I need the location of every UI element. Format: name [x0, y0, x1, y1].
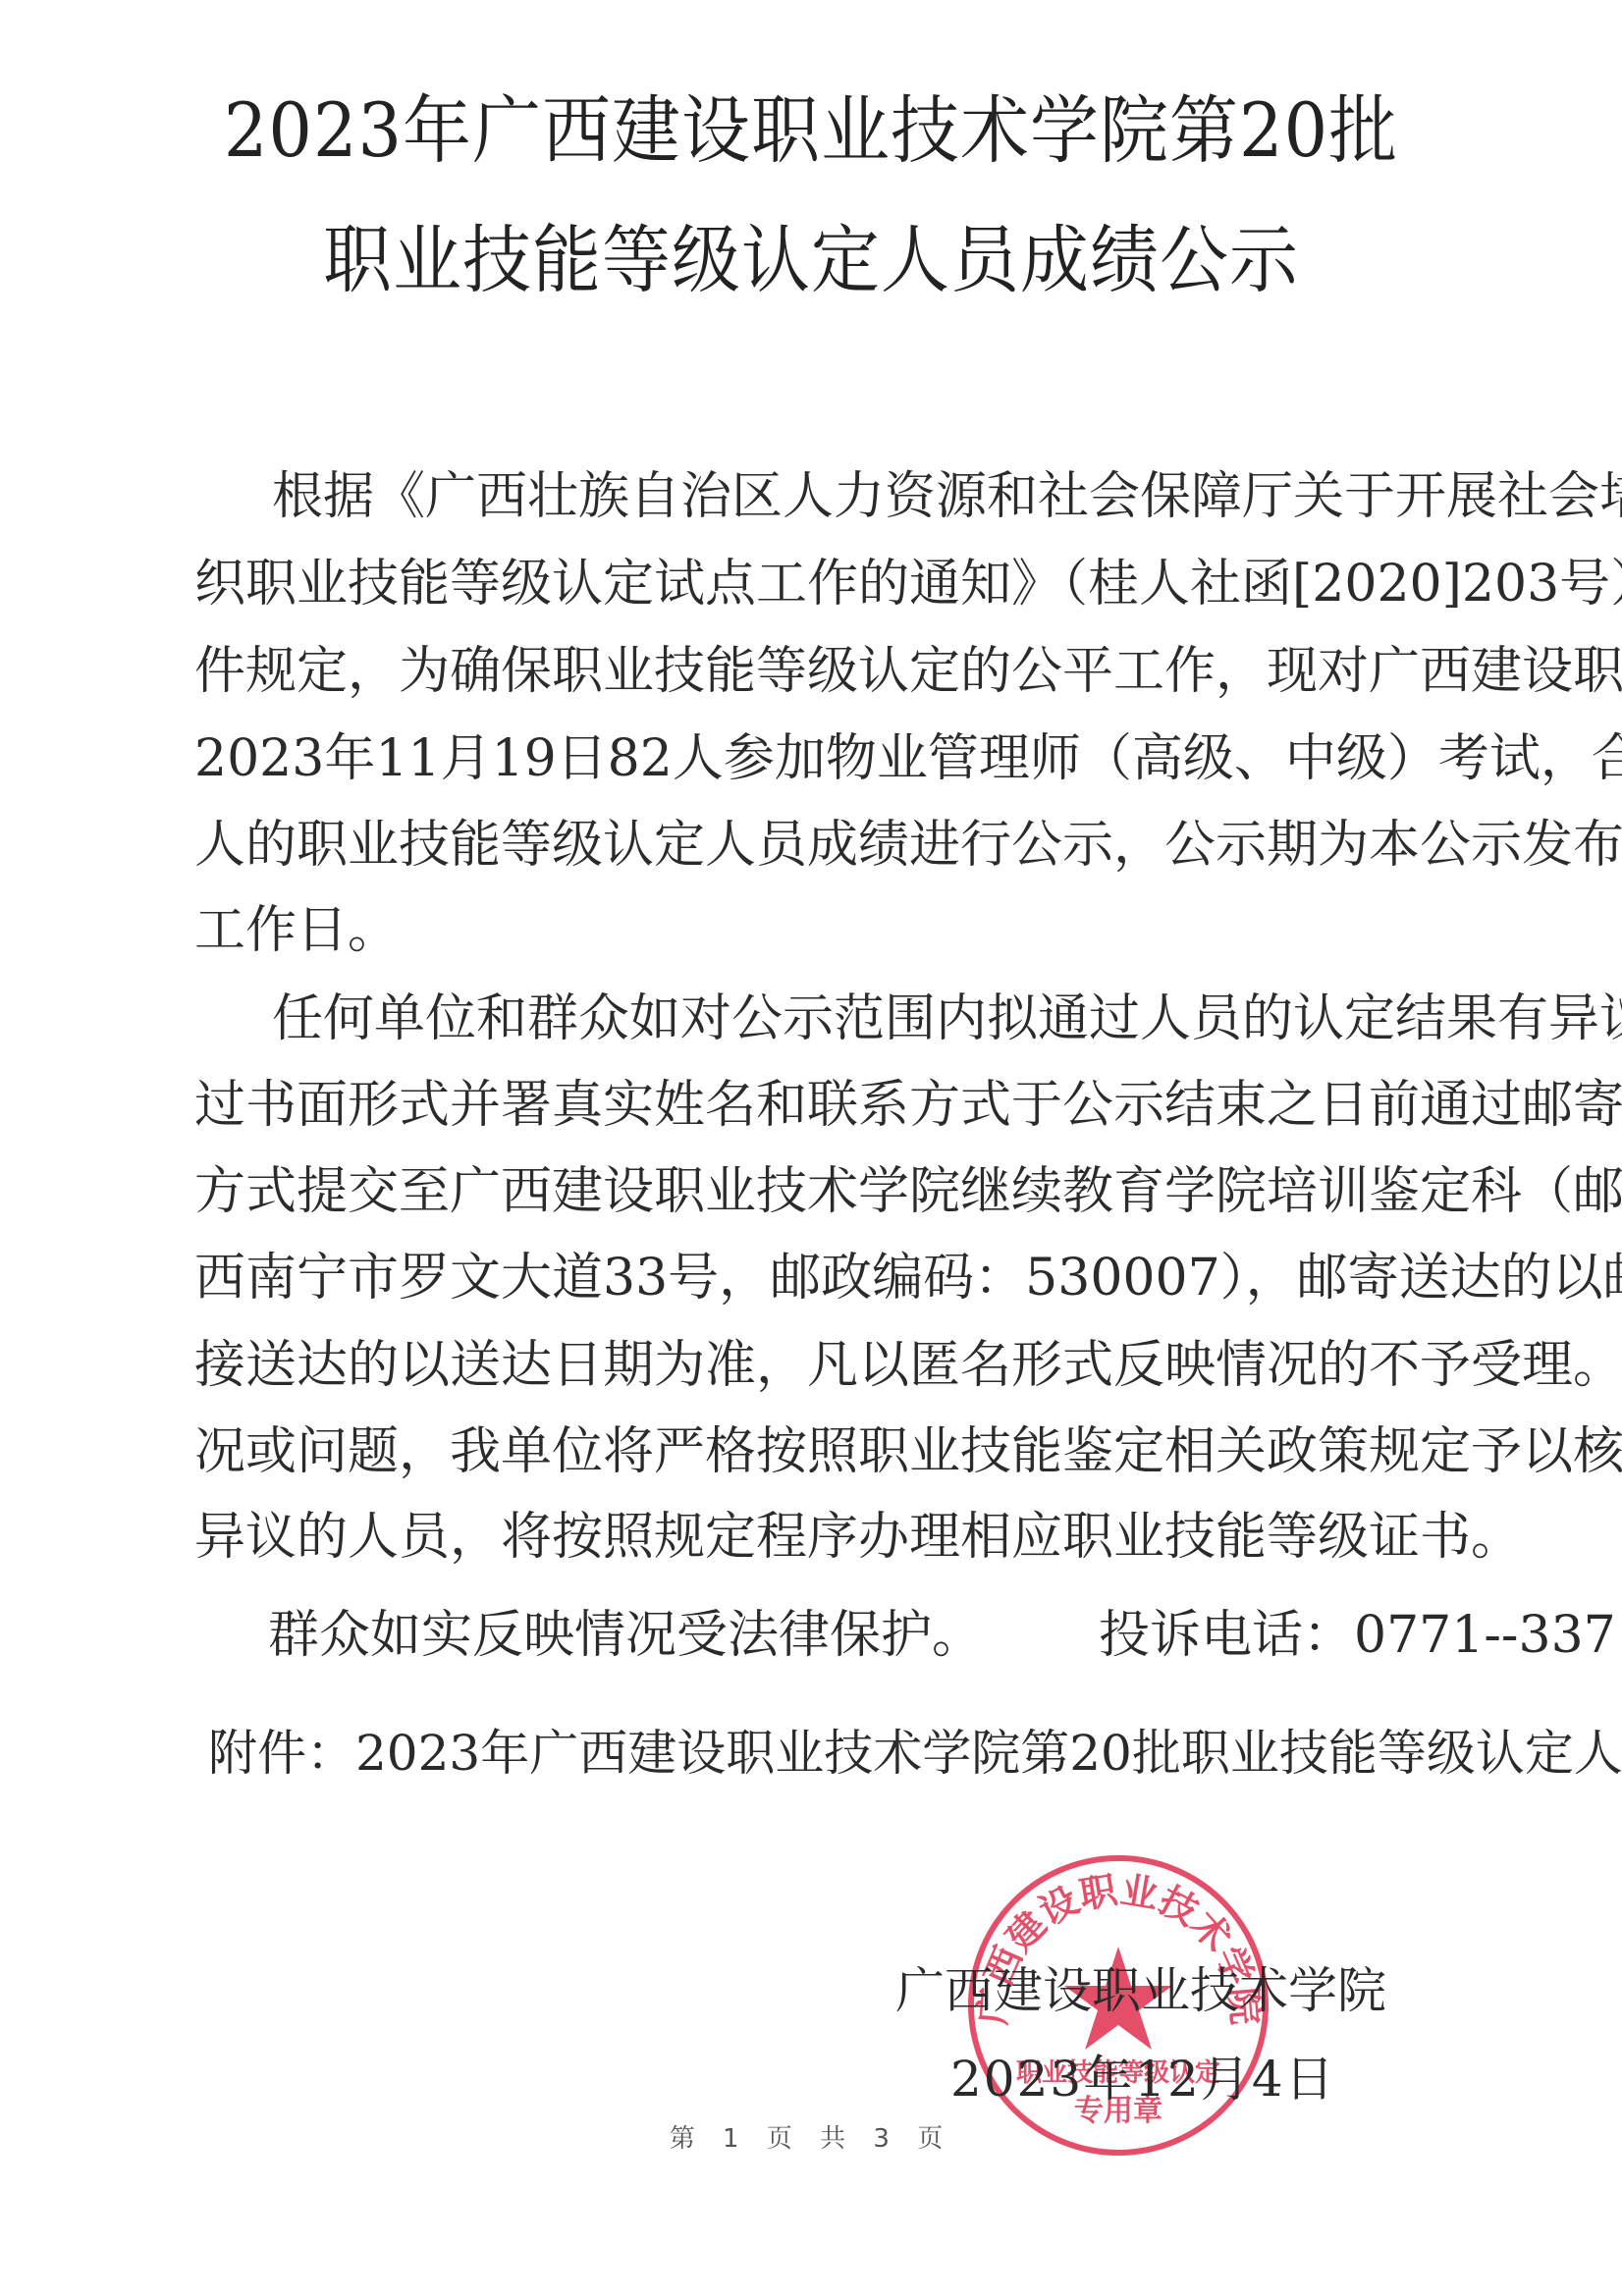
- paragraph-line: 况或问题，我单位将严格按照职业技能鉴定相关政策规定予以核查。公示无: [194, 1422, 1463, 1481]
- attachment-note: 附件：2023年广西建设职业技术学院第20批职业技能等级认定人员名单: [208, 1724, 1426, 1783]
- paragraph-line: 任何单位和群众如对公示范围内拟通过人员的认定结果有异议，可以通: [272, 989, 1463, 1048]
- document-title-line-1: 2023年广西建设职业技术学院第20批: [0, 82, 1622, 178]
- legal-note: 群众如实反映情况受法律保护。: [268, 1606, 983, 1665]
- paragraph-line: 件规定，为确保职业技能等级认定的公平工作，现对广西建设职业技术学院: [194, 642, 1463, 701]
- paragraph-line: 方式提交至广西建设职业技术学院继续教育学院培训鉴定科（邮寄地址：广: [194, 1162, 1463, 1221]
- paragraph-line: 工作日。: [194, 901, 1463, 960]
- complaint-phone: 投诉电话：0771--3371956: [1099, 1606, 1622, 1665]
- paragraph-line: 根据《广西壮族自治区人力资源和社会保障厅关于开展社会培训评价组: [272, 467, 1463, 526]
- paragraph-line: 2023年11月19日82人参加物业管理师（高级、中级）考试，合格人数56: [194, 729, 1463, 788]
- paragraph-line: 接送达的以送达日期为准，凡以匿名形式反映情况的不予受理。对反映的情: [194, 1336, 1463, 1395]
- paragraph-line: 织职业技能等级认定试点工作的通知》（桂人社函[2020]203号）等有关文: [194, 555, 1463, 614]
- document-page: 2023年广西建设职业技术学院第20批 职业技能等级认定人员成绩公示 根据《广西…: [0, 0, 1622, 2296]
- document-title-line-2: 职业技能等级认定人员成绩公示: [0, 212, 1622, 307]
- contact-row: 群众如实反映情况受法律保护。投诉电话：0771--3371956: [268, 1606, 1622, 1665]
- paragraph-line: 西南宁市罗文大道33号，邮政编码：530007），邮寄送达的以邮戳为准，直: [194, 1249, 1463, 1308]
- signature-organization: 广西建设职业技术学院: [895, 1961, 1386, 2020]
- paragraph-line: 人的职业技能等级认定人员成绩进行公示，公示期为本公示发布之日起5个: [194, 816, 1463, 875]
- signature-date: 2023年12月4日: [950, 2050, 1336, 2109]
- paragraph-line: 异议的人员，将按照规定程序办理相应职业技能等级证书。: [194, 1508, 1463, 1567]
- page-number-footer: 第 1 页 共 3 页: [0, 2118, 1622, 2155]
- paragraph-line: 过书面形式并署真实姓名和联系方式于公示结束之日前通过邮寄或直接送达: [194, 1076, 1463, 1135]
